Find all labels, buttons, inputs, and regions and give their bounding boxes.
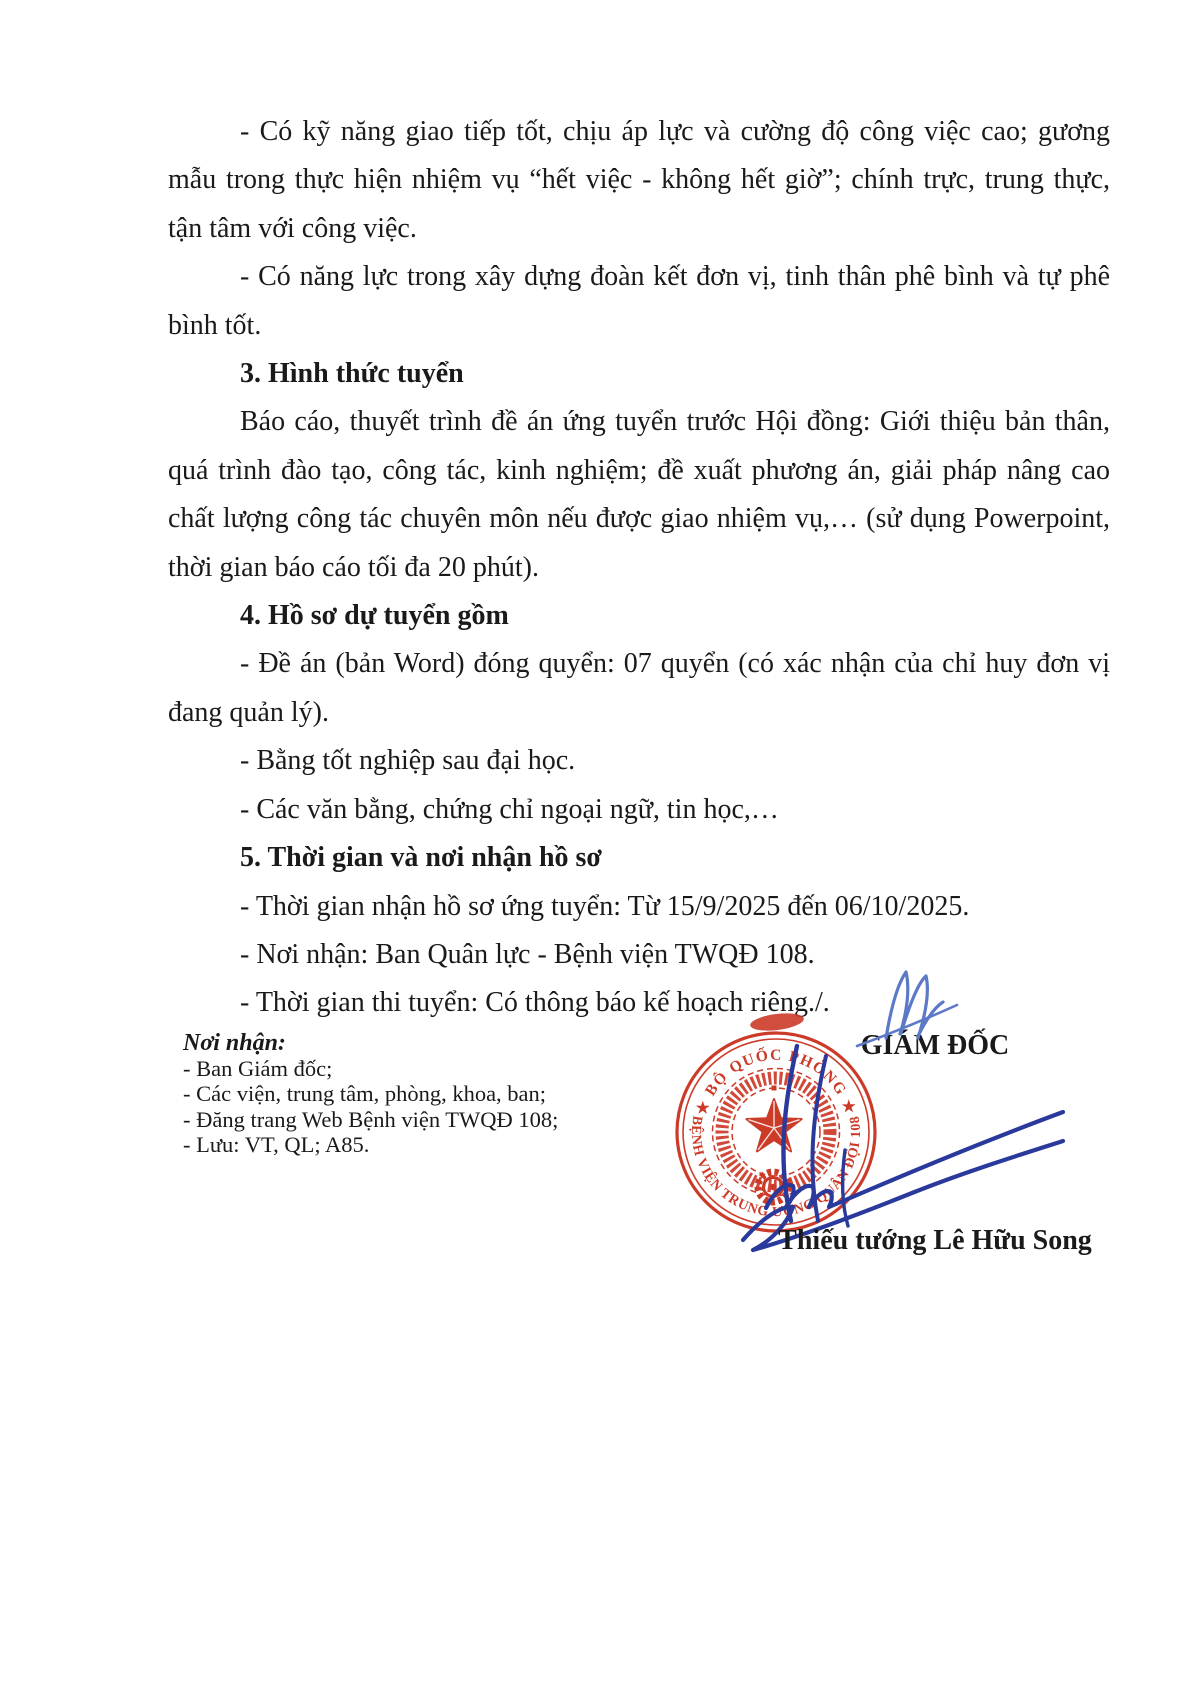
section-heading-4: 4. Hồ sơ dự tuyển gồm [168, 592, 1110, 640]
paragraph: - Bằng tốt nghiệp sau đại học. [168, 737, 1110, 785]
section-heading-5: 5. Thời gian và nơi nhận hồ sơ [168, 834, 1110, 882]
paragraph: - Có kỹ năng giao tiếp tốt, chịu áp lực … [168, 108, 1110, 253]
paragraph: Báo cáo, thuyết trình đề án ứng tuyển tr… [168, 398, 1110, 592]
document-page: - Có kỹ năng giao tiếp tốt, chịu áp lực … [0, 0, 1190, 1683]
paragraph: - Đề án (bản Word) đóng quyển: 07 quyển … [168, 640, 1110, 737]
signature-strokes [743, 1046, 1063, 1250]
signer-name: Thiếu tướng Lê Hữu Song [730, 1226, 1140, 1256]
paragraph: - Thời gian nhận hồ sơ ứng tuyển: Từ 15/… [168, 883, 1110, 931]
paragraph: - Các văn bằng, chứng chỉ ngoại ngữ, tin… [168, 786, 1110, 834]
signature-initials [857, 972, 957, 1046]
document-body: - Có kỹ năng giao tiếp tốt, chịu áp lực … [168, 108, 1110, 1028]
section-heading-3: 3. Hình thức tuyển [168, 350, 1110, 398]
paragraph: - Có năng lực trong xây dựng đoàn kết đơ… [168, 253, 1110, 350]
